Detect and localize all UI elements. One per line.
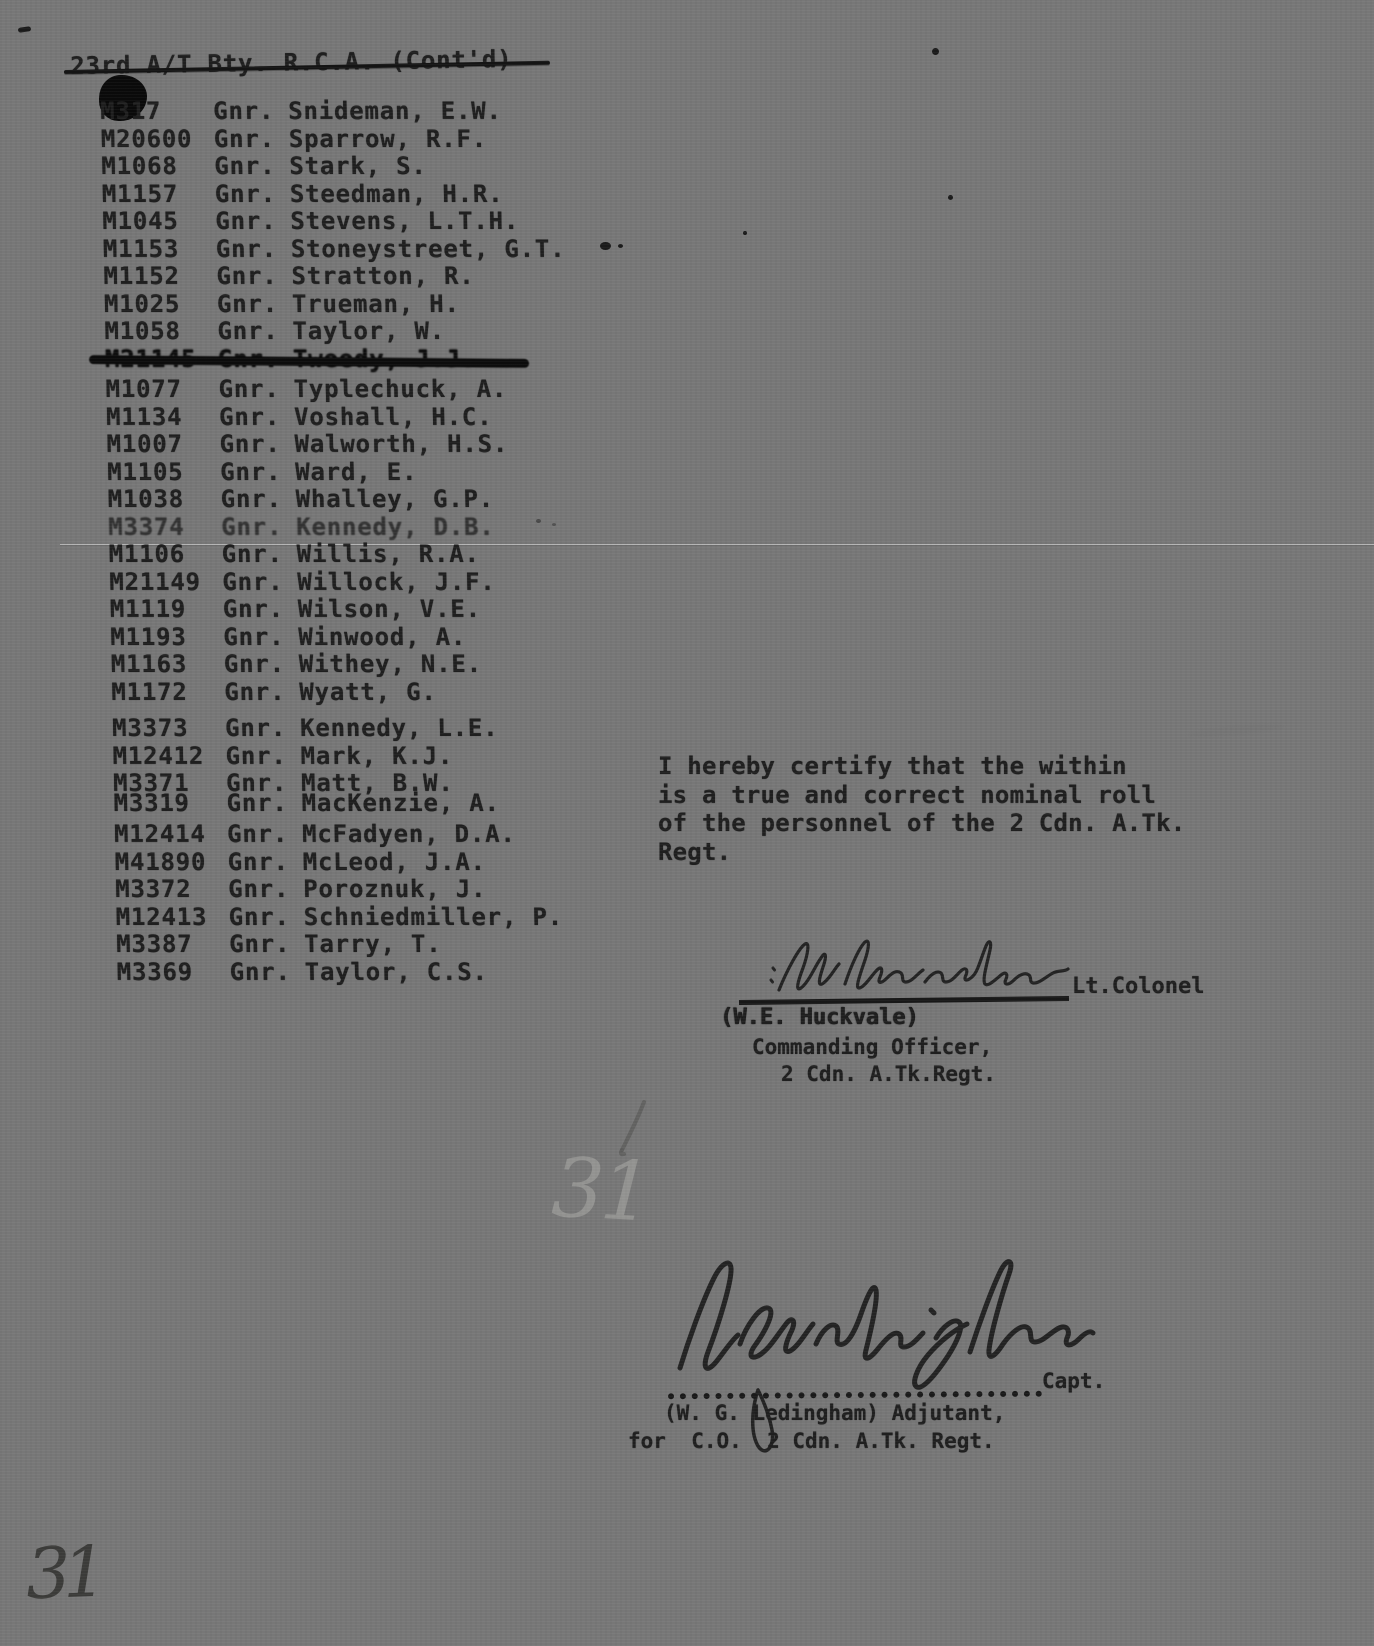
- roster-row: M1105 Gnr. Ward, E.: [107, 459, 570, 487]
- surname-initials: Willis, R.A.: [297, 541, 481, 569]
- service-number: M3369: [117, 959, 231, 987]
- service-number: M21145: [105, 346, 219, 374]
- service-number: M1193: [110, 624, 224, 652]
- roster-row: M1134 Gnr. Voshall, H.C.: [106, 404, 569, 432]
- surname-initials: Stoneystreet, G.T.: [291, 236, 566, 264]
- service-number: M317: [100, 98, 214, 126]
- surname-initials: Walworth, H.S.: [294, 431, 508, 459]
- roster-row: M317 Gnr. Snideman, E.W.: [100, 98, 563, 126]
- surname-initials: Withey, N.E.: [299, 651, 483, 679]
- adjutant-typed-name: (W. G. Ledingham) Adjutant,: [664, 1401, 1005, 1425]
- rank-label: Gnr.: [230, 959, 306, 987]
- rank-label: Gnr.: [220, 486, 296, 514]
- roster-row: M3373 Gnr. Kennedy, L.E.: [112, 715, 575, 743]
- service-number: M1068: [101, 153, 215, 181]
- rank-label: Gnr.: [224, 651, 300, 679]
- roster-row: M3387 Gnr. Tarry, T.: [116, 931, 579, 959]
- service-number: M3373: [112, 715, 226, 743]
- rank-label: Gnr.: [228, 904, 304, 932]
- surname-initials: Trueman, H.: [292, 291, 460, 319]
- pencil-smudge: [1188, 722, 1284, 739]
- service-number: M3372: [115, 876, 229, 904]
- co-title-line: Commanding Officer,: [752, 1035, 992, 1059]
- dotted-signature-line: [668, 1381, 1042, 1400]
- co-signature-huckvale: [763, 918, 1073, 1008]
- ink-speck: [18, 26, 32, 33]
- service-number: M12414: [114, 821, 228, 849]
- service-number: M1007: [106, 431, 220, 459]
- rank-label: Gnr.: [225, 715, 301, 743]
- surname-initials: Snideman, E.W.: [288, 98, 502, 126]
- ink-speck: [600, 242, 611, 250]
- rank-label: Gnr.: [226, 790, 302, 818]
- roster-row: M1038 Gnr. Whalley, G.P.: [107, 486, 570, 514]
- rank-label: Gnr.: [228, 876, 304, 904]
- roster-row: M3372 Gnr. Poroznuk, J.: [115, 876, 578, 904]
- surname-initials: Stevens, L.T.H.: [290, 208, 519, 236]
- service-number: M1058: [104, 318, 218, 346]
- co-unit-line: 2 Cdn. A.Tk.Regt.: [781, 1062, 996, 1086]
- service-number: M20600: [101, 126, 215, 154]
- co-typed-name: (W.E. Huckvale): [720, 1005, 919, 1030]
- service-number: M21149: [109, 569, 223, 597]
- surname-initials: Stratton, R.: [291, 263, 475, 291]
- ink-speck: [932, 48, 939, 55]
- service-number: M1077: [105, 376, 219, 404]
- pencil-page-number: 31: [550, 1148, 651, 1235]
- surname-initials: Schniedmiller, P.: [303, 904, 563, 932]
- roster-row: M1007 Gnr. Walworth, H.S.: [106, 431, 569, 459]
- surname-initials: Sparrow, R.F.: [289, 126, 488, 154]
- rank-label: Gnr.: [225, 743, 301, 771]
- rank-label: Gnr.: [223, 596, 299, 624]
- service-number: M1153: [103, 236, 217, 264]
- service-number: M1134: [106, 404, 220, 432]
- roster-row: M41890 Gnr. McLeod, J.A.: [114, 849, 577, 877]
- service-number: M41890: [114, 849, 228, 877]
- certification-line: of the personnel of the 2 Cdn. A.Tk.: [658, 809, 1185, 838]
- rank-label: Gnr.: [227, 849, 303, 877]
- nominal-roll-list: M317 Gnr. Snideman, E.W. M20600 Gnr. Spa…: [100, 98, 580, 986]
- service-number: M1172: [111, 679, 225, 707]
- surname-initials: Willock, J.F.: [297, 569, 496, 597]
- roster-row: M12413 Gnr. Schniedmiller, P.: [115, 904, 578, 932]
- service-number: M1157: [102, 181, 216, 209]
- rank-label: Gnr.: [215, 181, 291, 209]
- service-number: M1106: [109, 541, 223, 569]
- roster-row: M21149 Gnr. Willock, J.F.: [109, 569, 572, 597]
- service-number: M3319: [113, 790, 227, 818]
- surname-initials: Voshall, H.C.: [294, 404, 493, 432]
- surname-initials: Kennedy, D.B.: [296, 514, 495, 542]
- adjutant-for-co-line: for C.O. 2 Cdn. A.Tk. Regt.: [628, 1429, 995, 1453]
- roster-row: M1068 Gnr. Stark, S.: [101, 153, 564, 181]
- surname-initials: Ward, E.: [295, 459, 418, 487]
- roster-row: M1157 Gnr. Steedman, H.R.: [102, 181, 565, 209]
- service-number: M1038: [107, 486, 221, 514]
- roster-row: M1172 Gnr. Wyatt, G.: [111, 679, 574, 707]
- co-rank-label: Lt.Colonel: [1072, 974, 1204, 999]
- rank-label: Gnr.: [213, 98, 289, 126]
- service-number: M3387: [116, 931, 230, 959]
- surname-initials: Tarry, T.: [304, 931, 442, 959]
- surname-initials: Wilson, V.E.: [298, 596, 482, 624]
- surname-initials: Tweedy, J.J.: [293, 346, 477, 374]
- certification-statement: I hereby certify that the within is a tr…: [658, 752, 1185, 866]
- rank-label: Gnr.: [222, 569, 298, 597]
- rank-label: Gnr.: [219, 431, 295, 459]
- service-number: M1105: [107, 459, 221, 487]
- rank-label: Gnr.: [214, 153, 290, 181]
- rank-label: Gnr.: [222, 541, 298, 569]
- ink-speck: [743, 231, 747, 235]
- certification-line: I hereby certify that the within: [658, 752, 1185, 781]
- roster-row: M1058 Gnr. Taylor, W.: [104, 318, 567, 346]
- rank-label: Gnr.: [218, 376, 294, 404]
- surname-initials: Wyatt, G.: [299, 679, 437, 707]
- roster-row: M3369 Gnr. Taylor, C.S.: [117, 959, 580, 987]
- rank-label: Gnr.: [224, 679, 300, 707]
- rank-label: Gnr.: [227, 821, 303, 849]
- roster-row: M3374 Gnr. Kennedy, D.B.: [108, 514, 571, 542]
- rank-label: Gnr.: [217, 318, 293, 346]
- roster-row: M1193 Gnr. Winwood, A.: [110, 624, 573, 652]
- rank-label: Gnr.: [215, 208, 291, 236]
- surname-initials: Kennedy, L.E.: [300, 715, 499, 743]
- rank-label: Gnr.: [220, 459, 296, 487]
- service-number: M1025: [104, 291, 218, 319]
- rank-label: Gnr.: [217, 291, 293, 319]
- surname-initials: Taylor, C.S.: [305, 959, 489, 987]
- ink-speck: [618, 244, 623, 248]
- rank-label: Gnr.: [214, 126, 290, 154]
- service-number: M3374: [108, 514, 222, 542]
- roster-row: M1152 Gnr. Stratton, R.: [103, 263, 566, 291]
- surname-initials: Whalley, G.P.: [295, 486, 494, 514]
- rank-label: Gnr.: [221, 514, 297, 542]
- roster-row: M12412 Gnr. Mark, K.J.: [112, 743, 575, 771]
- service-number: M1163: [111, 651, 225, 679]
- rank-label: Gnr.: [229, 931, 305, 959]
- rank-label: Gnr.: [219, 404, 295, 432]
- service-number: M12413: [115, 904, 229, 932]
- certification-line: is a true and correct nominal roll: [658, 781, 1185, 810]
- surname-initials: Winwood, A.: [298, 624, 466, 652]
- surname-initials: Steedman, H.R.: [290, 181, 504, 209]
- roster-row: M1106 Gnr. Willis, R.A.: [109, 541, 572, 569]
- certification-line: Regt.: [658, 838, 1185, 867]
- rank-label: Gnr.: [218, 346, 294, 374]
- scanned-document-page: 23rd A/T Bty. R.C.A. (Cont'd) M317 Gnr. …: [0, 0, 1374, 1646]
- surname-initials: Typlechuck, A.: [293, 376, 507, 404]
- adjutant-rank-label: Capt.: [1042, 1369, 1105, 1393]
- surname-initials: McFadyen, D.A.: [302, 821, 516, 849]
- surname-initials: MacKenzie, A.: [301, 790, 500, 818]
- roster-row: M1119 Gnr. Wilson, V.E.: [110, 596, 573, 624]
- surname-initials: Mark, K.J.: [300, 743, 453, 771]
- roster-row: M1025 Gnr. Trueman, H.: [104, 291, 567, 319]
- service-number: M12412: [112, 743, 226, 771]
- rank-label: Gnr.: [216, 236, 292, 264]
- roster-row: M21145 Gnr. Tweedy, J.J.: [105, 346, 568, 374]
- service-number: M1152: [103, 263, 217, 291]
- corner-page-number: 31: [25, 1537, 100, 1610]
- roster-row: M1077 Gnr. Typlechuck, A.: [105, 376, 568, 404]
- service-number: M1119: [110, 596, 224, 624]
- roster-row: M12414 Gnr. McFadyen, D.A.: [114, 821, 577, 849]
- roster-row: M1153 Gnr. Stoneystreet, G.T.: [103, 236, 566, 264]
- rank-label: Gnr.: [216, 263, 292, 291]
- rank-label: Gnr.: [223, 624, 299, 652]
- surname-initials: Poroznuk, J.: [303, 876, 487, 904]
- roster-row: M1163 Gnr. Withey, N.E.: [111, 651, 574, 679]
- surname-initials: McLeod, J.A.: [302, 849, 486, 877]
- roster-row: M1045 Gnr. Stevens, L.T.H.: [102, 208, 565, 236]
- ink-speck: [948, 195, 953, 200]
- surname-initials: Stark, S.: [289, 153, 427, 181]
- service-number: M1045: [102, 208, 216, 236]
- roster-row: M20600 Gnr. Sparrow, R.F.: [101, 126, 564, 154]
- roster-row: M3319 Gnr. MacKenzie, A.: [113, 790, 576, 818]
- surname-initials: Taylor, W.: [292, 318, 445, 346]
